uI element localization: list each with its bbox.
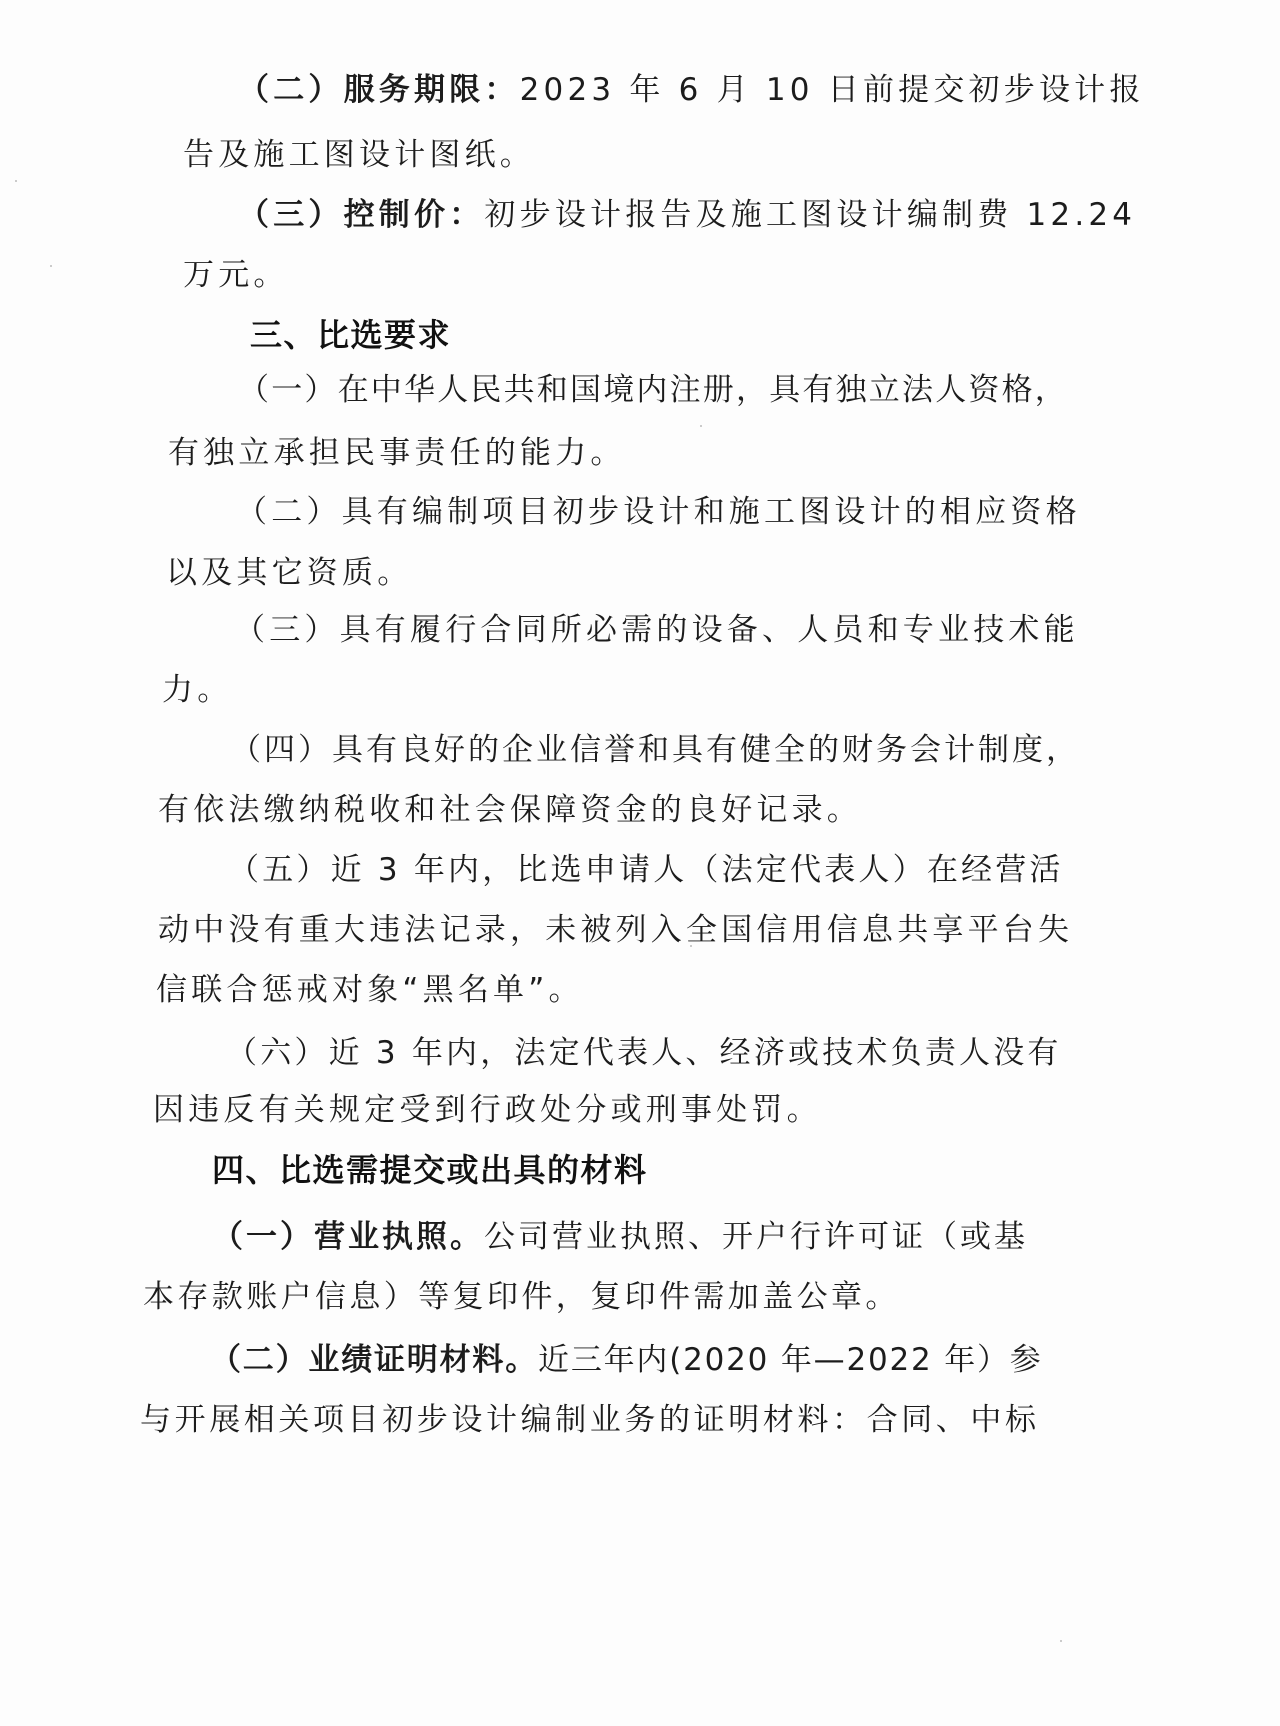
scan-speck (50, 265, 52, 267)
requirement-1-line-2: 有独立承担民事责任的能力。 (168, 433, 626, 473)
requirement-3-line-2: 力。 (162, 670, 232, 710)
service-period-line-2: 告及施工图设计图纸。 (183, 135, 535, 175)
item-label: （二） (238, 72, 344, 108)
requirement-6-line-2: 因违反有关规定受到行政处分或刑事处罚。 (153, 1090, 822, 1130)
section-heading-materials: 四、比选需提交或出具的材料 (212, 1150, 648, 1190)
material-2-line-1: （二）业绩证明材料。近三年内(2020 年—2022 年）参 (210, 1340, 1043, 1380)
requirement-6-line-1: （六）近 3 年内，法定代表人、经济或技术负责人没有 (226, 1033, 1062, 1073)
item-text: 初步设计报告及施工图设计编制费 12.24 (484, 197, 1136, 233)
item-label: （一） (212, 1219, 314, 1255)
item-text: 2023 年 6 月 10 日前提交初步设计报 (520, 72, 1145, 108)
item-lead: 业绩证明材料。 (308, 1342, 538, 1378)
control-price-line-2: 万元。 (183, 255, 289, 295)
item-lead: 服务期限： (344, 72, 520, 108)
requirement-4-line-1: （四）具有良好的企业信誉和具有健全的财务会计制度， (230, 730, 1080, 770)
item-lead: 控制价： (344, 197, 485, 233)
control-price-line-1: （三）控制价：初步设计报告及施工图设计编制费 12.24 (238, 195, 1136, 235)
requirement-2-line-1: （二）具有编制项目初步设计和施工图设计的相应资格 (236, 492, 1081, 532)
scan-speck (690, 945, 692, 947)
requirement-2-line-2: 以及其它资质。 (166, 553, 412, 593)
item-label: （二） (210, 1342, 308, 1378)
requirement-5-line-1: （五）近 3 年内，比选申请人（法定代表人）在经营活 (228, 850, 1064, 890)
requirement-1-line-1: （一）在中华人民共和国境内注册，具有独立法人资格， (238, 370, 1068, 410)
requirement-4-line-2: 有依法缴纳税收和社会保障资金的良好记录。 (158, 790, 862, 830)
item-text: 公司营业执照、开户行许可证（或基 (484, 1219, 1028, 1255)
item-label: （三） (238, 197, 344, 233)
item-lead: 营业执照。 (314, 1219, 484, 1255)
section-heading-requirements: 三、比选要求 (250, 315, 451, 355)
service-period-line-1: （二）服务期限：2023 年 6 月 10 日前提交初步设计报 (238, 70, 1145, 110)
requirement-3-line-1: （三）具有履行合同所必需的设备、人员和专业技术能 (234, 610, 1079, 650)
material-2-line-2: 与开展相关项目初步设计编制业务的证明材料：合同、中标 (140, 1400, 1040, 1440)
requirement-5-line-3: 信联合惩戒对象“黑名单”。 (156, 970, 584, 1010)
scanned-document-page: （二）服务期限：2023 年 6 月 10 日前提交初步设计报 告及施工图设计图… (0, 0, 1280, 1726)
material-1-line-2: 本存款账户信息）等复印件，复印件需加盖公章。 (143, 1277, 900, 1317)
requirement-5-line-2: 动中没有重大违法记录，未被列入全国信用信息共享平台失 (158, 910, 1073, 950)
scan-speck (15, 180, 17, 182)
material-1-line-1: （一）营业执照。公司营业执照、开户行许可证（或基 (212, 1217, 1028, 1257)
item-text: 近三年内(2020 年—2022 年）参 (538, 1342, 1043, 1378)
scan-speck (700, 425, 702, 427)
scan-speck (1060, 1640, 1062, 1642)
